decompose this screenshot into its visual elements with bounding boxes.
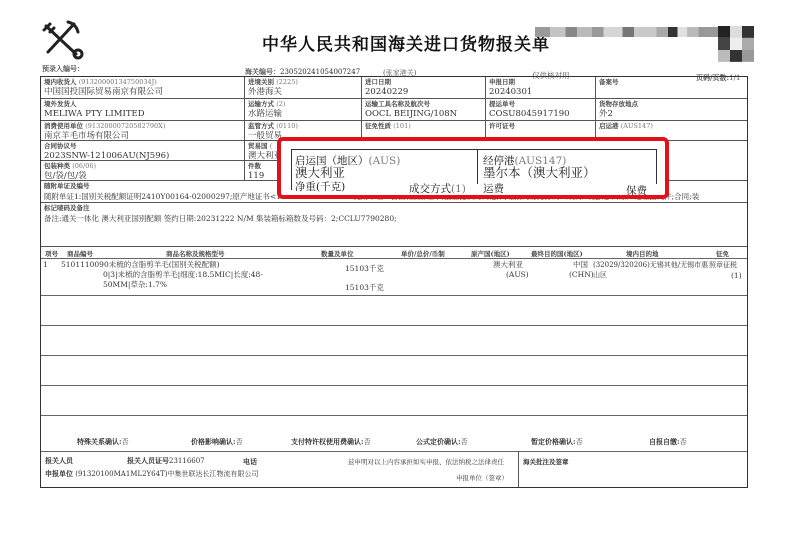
transport-mode-cell: 运输方式 (2) 水路运输 [245,99,362,121]
entry-port-cell: 进境关别 (2225) 外港海关 [245,77,362,99]
declare-date-cell: 申报日期 20240301 [486,77,596,99]
insurance-label: 保费 [626,183,647,198]
marks-cell: 标记唛码及备注 备注:通关一体化 澳大利亚国别配额 签约日期:20231222 … [41,203,747,247]
freight-label: 运费 [483,181,504,196]
net-weight-label: 净重(千克) [295,179,345,194]
contract-cell: 合同协议号 2023SNW-121006AU(NJ596) [41,141,245,161]
consignor-cell: 境外发货人 MELIWA PTY LIMITED [41,99,245,121]
unit-seal: 申报单位（签章） [456,473,508,483]
vessel-cell: 运输工具名称及航次号 OOCL BEIJING/108N [362,99,486,121]
redacted-barcode [535,27,725,37]
origin-transit-highlight: 启运国（地区）(AUS) 澳大利亚 经停港(AUS147) 墨尔本（澳大利亚） … [277,137,669,199]
import-date-cell: 进口日期 20240229 [362,77,486,99]
declarant-cert: 23116607 [169,457,205,465]
confirm-price-influence: 价格影响确认:否 [191,437,243,447]
confirm-provisional-price: 暂定价格确认:否 [531,437,583,447]
confirm-special-relation: 特殊关系确认:否 [77,437,129,447]
consignee-value: 中国国投国际贸易南京有限公司 [44,87,241,98]
package-type-cell: 包装种类 (06/06) 包/袋/包/袋 [41,161,245,181]
transit-port-value: 墨尔本（澳大利亚） [483,163,596,181]
pre-entry-label: 预录入编号： [42,64,84,74]
confirm-formula-price: 公式定价确认:否 [416,437,468,447]
customs-approval: 海关批注及签章 [523,457,569,467]
document-title: 中华人民共和国海关进口货物报关单 [262,30,550,55]
deal-mode-label: 成交方式(1) [409,181,466,196]
customs-no: 230520241054007247 [280,68,360,76]
declaring-unit: (91320100MA1ML2Y64T)中集世联达长江物流有限公司 [75,470,258,478]
consignee-cell: 境内收货人 (91320000134750034J) 中国国投国际贸易南京有限公… [41,77,245,99]
confirm-royalty: 支付特许权使用费确认:否 [291,437,371,447]
declaration-statement: 兹申明对以上内容承担如实申报、依法纳税之法律责任 [348,457,504,467]
confirm-self-pay: 自报自缴:否 [649,437,687,447]
storage-cell: 货物存放地点 外2 [596,99,747,121]
declarant-label: 报关人员 [45,456,73,466]
customs-emblem-icon [40,18,86,60]
bill-no-cell: 提运单号 COSU8045917190 [486,99,596,121]
consumer-cell: 消费使用单位 (91320000720582790X) 南京羊毛市场有限公司 [41,121,245,141]
qr-code [718,26,754,62]
record-no-cell: 备案号 [596,77,747,99]
customs-no-label: 海关编号： [245,67,280,76]
